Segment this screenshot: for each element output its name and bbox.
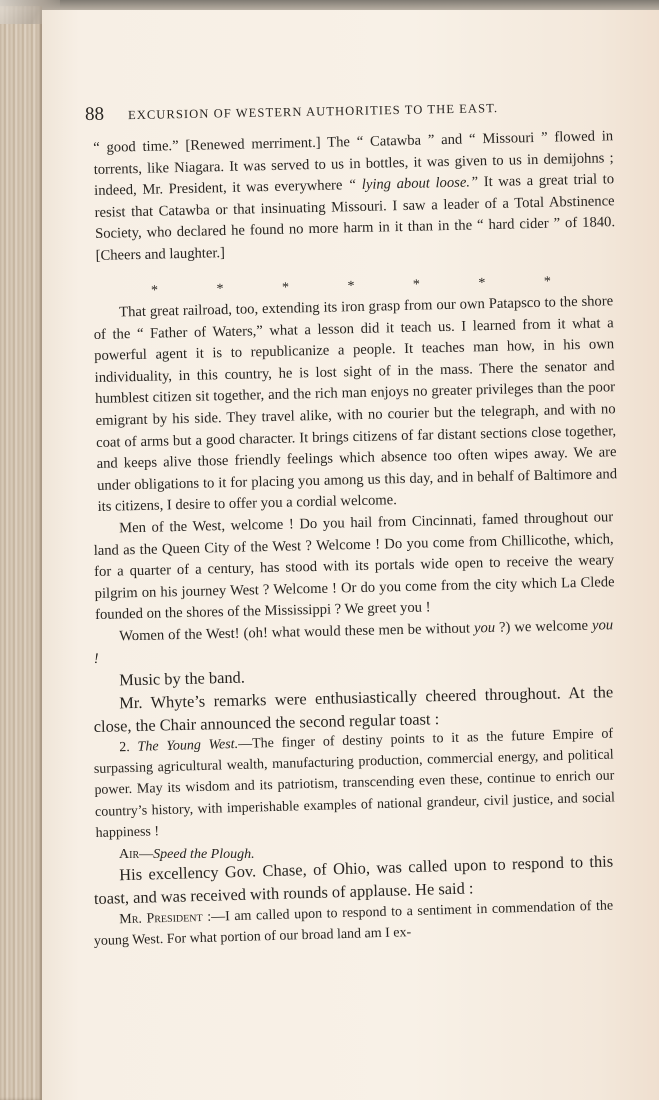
page-content: 88 EXCURSION OF WESTERN AUTHORITIES TO T… bbox=[93, 104, 613, 952]
paragraph-catawba: “ good time.” [Renewed merriment.] The “… bbox=[93, 126, 616, 267]
scanned-book-page: 88 EXCURSION OF WESTERN AUTHORITIES TO T… bbox=[0, 0, 659, 1100]
star: * bbox=[478, 273, 485, 295]
body-text: “ good time.” [Renewed merriment.] The “… bbox=[93, 138, 613, 952]
italic-phrase: “ lying about loose.” bbox=[348, 174, 478, 193]
paragraph-railroad: That great railroad, too, extending its … bbox=[93, 291, 618, 519]
paragraph-men-of-the-west: Men of the West, welcome ! Do you hail f… bbox=[93, 507, 615, 627]
air-title: Speed the Plough. bbox=[153, 847, 254, 862]
star: * bbox=[282, 277, 289, 299]
running-title: EXCURSION OF WESTERN AUTHORITIES TO THE … bbox=[128, 101, 498, 123]
toast-title: The Young West. bbox=[137, 737, 238, 755]
star: * bbox=[413, 274, 420, 296]
air-dash: — bbox=[139, 847, 153, 862]
star: * bbox=[347, 275, 354, 297]
star: * bbox=[216, 278, 223, 300]
toast-number: 2. bbox=[119, 740, 138, 756]
air-label: Air bbox=[119, 847, 139, 862]
paragraph-text: ?) we welcome bbox=[495, 618, 592, 636]
speaker-name: Mr. President bbox=[119, 910, 203, 927]
toast-young-west: 2. The Young West.—The finger of destiny… bbox=[93, 723, 616, 843]
star: * bbox=[151, 280, 158, 302]
star: * bbox=[544, 271, 551, 293]
page-stack-edge bbox=[0, 6, 42, 1100]
book-top-edge bbox=[0, 0, 659, 10]
italic-word: you bbox=[474, 620, 495, 636]
page-number: 88 bbox=[85, 104, 104, 126]
